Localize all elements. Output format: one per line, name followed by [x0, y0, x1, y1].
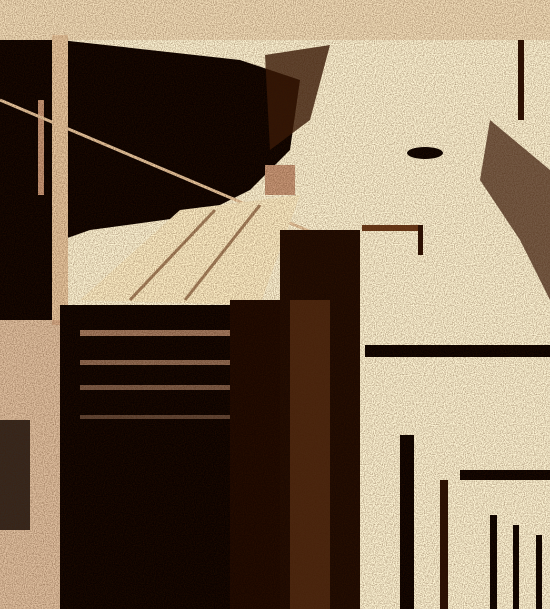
- photograph: [0, 0, 550, 609]
- train-photo-scene: [0, 0, 550, 609]
